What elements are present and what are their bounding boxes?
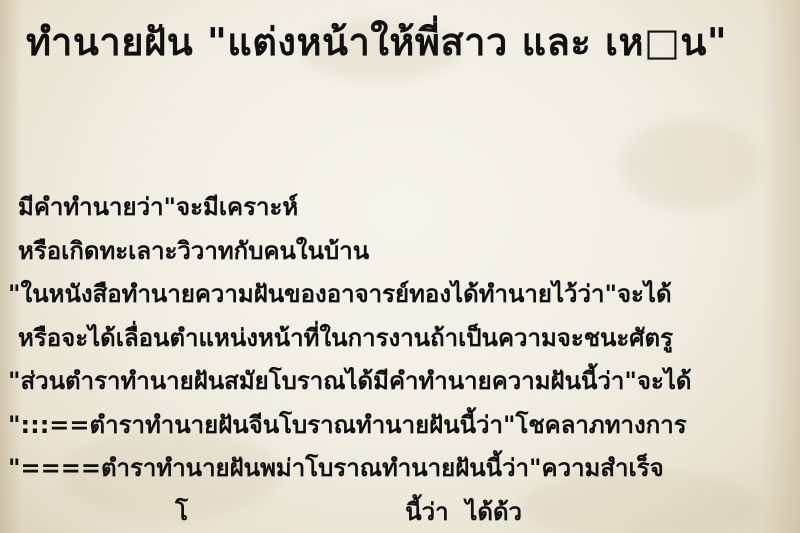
text-line: หรือจะได้เลื่อนตำแหน่งหน้าที่ในการงานถ้า… (0, 317, 800, 361)
text-line: "ส่วนตำราทำนายฝันสมัยโบราณได้มีคำทำนายคว… (0, 360, 800, 404)
text-line: ":::==ตำราทำนายฝันจีนโบราณทำนายฝันนี้ว่า… (0, 404, 800, 448)
text-line: "ในหนังสือทำนายความฝันของอาจารย์ทองได้ทำ… (0, 273, 800, 317)
page-title: ทำนายฝัน "แต่งหน้าให้พี่สาว และ เห□น" (26, 12, 727, 72)
text-line: หรือเกิดทะเลาะวิวาทกับคนในบ้าน (0, 230, 800, 274)
text-line: "====ตำราทำนายฝันพม่าโบราณทำนายฝันนี้ว่า… (0, 447, 800, 491)
dream-interpretation-body: มีคำทำนายว่า"จะมีเคราะห์ หรือเกิดทะเลาะว… (0, 186, 800, 533)
text-line: มีคำทำนายว่า"จะมีเคราะห์ (0, 186, 800, 230)
text-line-partial: โ นี้ว่า ได้ด้ว (0, 491, 800, 533)
